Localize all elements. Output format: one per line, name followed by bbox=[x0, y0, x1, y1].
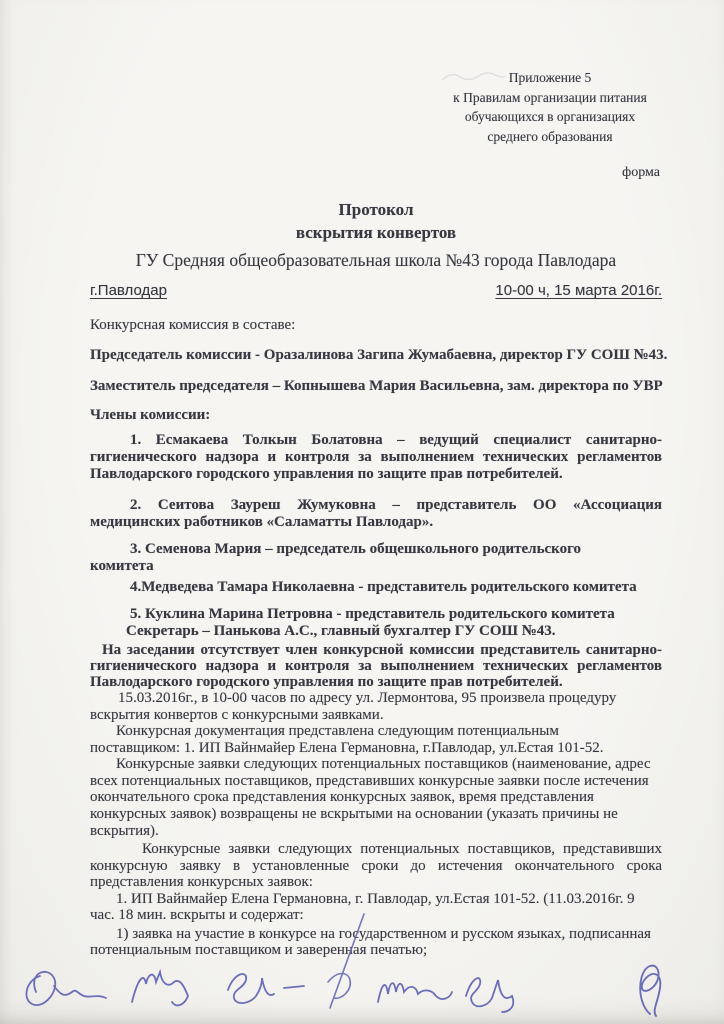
commission-member-2: 2. Сеитова Зауреш Жумуковна – представит… bbox=[90, 497, 662, 531]
bid-contents-item-1: 1) заявка на участие в конкурсе на госуд… bbox=[90, 926, 662, 959]
signature-icon-3 bbox=[218, 964, 308, 1015]
title-doc-type-line1: Протокол bbox=[90, 199, 662, 221]
commission-members-heading: Члены комиссии: bbox=[90, 407, 662, 424]
documentation-line: поставщиком: 1. ИП Вайнмайер Елена Герма… bbox=[90, 740, 662, 757]
form-label: форма bbox=[90, 163, 662, 182]
datetime-label: 10-00 ч, 15 марта 2016г. bbox=[495, 281, 662, 301]
title-doc-type-line2: вскрытия конвертов bbox=[90, 222, 662, 244]
documentation-paragraph: Конкурсная документация представлена сле… bbox=[90, 723, 662, 756]
signature-icon-6 bbox=[458, 962, 522, 1021]
returned-line: всех потенциальных поставщиков, представ… bbox=[90, 773, 662, 790]
supplier-entry: 1. ИП Вайнмайер Елена Германовна, г. Пав… bbox=[90, 891, 662, 924]
commission-member-5: 5. Куклина Марина Петровна - представите… bbox=[90, 606, 662, 623]
signature-strip bbox=[0, 956, 724, 1024]
signature-icon-5 bbox=[372, 966, 456, 1017]
commission-secretary: Секретарь – Панькова А.С., главный бухга… bbox=[90, 623, 662, 640]
procedure-paragraph: 15.03.2016г., в 10-00 часов по адресу ул… bbox=[90, 690, 662, 723]
returned-line: конкурсных заявок) возвращены не вскрыты… bbox=[90, 806, 662, 823]
scanned-protocol-page: Приложение 5 к Правилам организации пита… bbox=[0, 0, 724, 1024]
returned-line: вскрытия). bbox=[90, 823, 662, 840]
commission-chairman: Председатель комиссии - Оразалинова Заги… bbox=[90, 347, 662, 364]
appendix-line: среднего образования bbox=[404, 127, 696, 147]
city-label: г.Павлодар bbox=[90, 281, 167, 301]
commission-member-4: 4.Медведева Тамара Николаевна - представ… bbox=[90, 579, 662, 596]
signature-icon-4 bbox=[320, 904, 372, 1019]
title-organization: ГУ Средняя общеобразовательная школа №43… bbox=[90, 247, 662, 273]
signature-icon-2 bbox=[126, 962, 194, 1017]
returned-line: Конкурсные заявки следующих потенциальны… bbox=[90, 756, 662, 773]
pencil-smudge bbox=[438, 62, 510, 93]
submitted-bids-intro: Конкурсные заявки следующих потенциальны… bbox=[90, 841, 662, 891]
appendix-line: обучающихся в организациях bbox=[404, 107, 696, 127]
absent-member-note: На заседании отсутствует член конкурсной… bbox=[90, 642, 662, 690]
commission-intro: Конкурсная комиссия в составе: bbox=[90, 317, 662, 334]
returned-bids-paragraph: Конкурсные заявки следующих потенциальны… bbox=[90, 756, 662, 839]
commission-member-1: 1. Есмакаева Толкын Болатовна – ведущий … bbox=[90, 432, 662, 483]
commission-member-3: 3. Семенова Мария – председатель общешко… bbox=[90, 541, 642, 575]
dateline: г.Павлодар 10-00 ч, 15 марта 2016г. bbox=[90, 281, 662, 301]
signature-icon-1 bbox=[14, 964, 114, 1019]
commission-deputy: Заместитель председателя – Копнышева Мар… bbox=[90, 378, 662, 395]
signature-icon-7 bbox=[626, 958, 670, 1024]
returned-line: окончательного срока представления конку… bbox=[90, 789, 662, 806]
documentation-line: Конкурсная документация представлена сле… bbox=[90, 723, 662, 740]
